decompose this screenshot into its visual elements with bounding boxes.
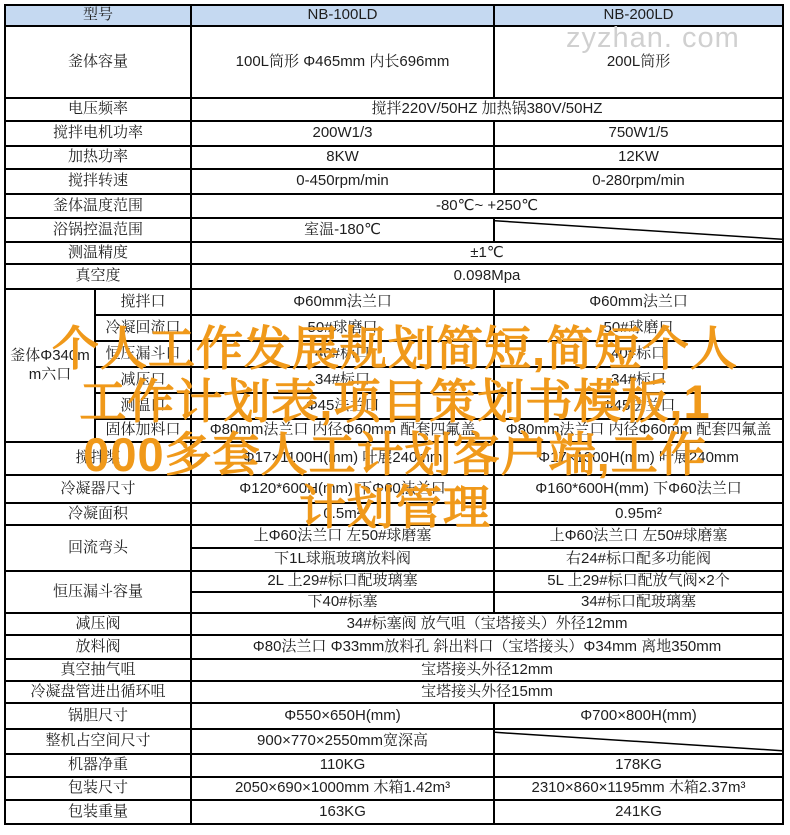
header-model-label: 型号 bbox=[5, 5, 191, 26]
cell-value: Φ45法兰口 bbox=[191, 393, 494, 419]
table-row: 恒压漏斗容量 2L 上29#标口配玻璃塞 5L 上29#标口配放气阀×2个 bbox=[5, 571, 783, 592]
cell-value: Φ80mm法兰口 内径Φ60mm 配套四氟盖 bbox=[191, 419, 494, 442]
cell-value: 室温-180℃ bbox=[191, 218, 494, 242]
ports-group-label: 釜体Φ340mm六口 bbox=[5, 289, 95, 442]
row-label: 浴锅控温范围 bbox=[5, 218, 191, 242]
row-label: 搅拌口 bbox=[95, 289, 191, 315]
cell-value: Φ17×1300H(mm) 叶展240mm bbox=[494, 442, 783, 475]
table-row: 冷凝器尺寸 Φ120*600H(mm) 下Φ60法兰口 Φ160*600H(mm… bbox=[5, 475, 783, 503]
table-row: 加热功率 8KW 12KW bbox=[5, 146, 783, 169]
cell-value: 2L 上29#标口配玻璃塞 bbox=[191, 571, 494, 592]
cell-value: 34#标口 bbox=[494, 367, 783, 393]
cell-value: 上Φ60法兰口 左50#球磨塞 bbox=[191, 525, 494, 548]
row-label: 釜体温度范围 bbox=[5, 194, 191, 218]
cell-value: 34#标口配玻璃塞 bbox=[494, 592, 783, 613]
cell-value: 110KG bbox=[191, 754, 494, 777]
row-label: 真空抽气咀 bbox=[5, 659, 191, 681]
cell-value: 750W1/5 bbox=[494, 121, 783, 146]
row-label: 固体加料口 bbox=[95, 419, 191, 442]
cell-value: 5L 上29#标口配放气阀×2个 bbox=[494, 571, 783, 592]
cell-value: 34#标塞阀 放气咀（宝塔接头）外径12mm bbox=[191, 613, 783, 635]
cell-value: Φ120*600H(mm) 下Φ60法兰口 bbox=[191, 475, 494, 503]
cell-value: 241KG bbox=[494, 800, 783, 824]
table-row: 减压阀 34#标塞阀 放气咀（宝塔接头）外径12mm bbox=[5, 613, 783, 635]
table-row: 搅拌电机功率 200W1/3 750W1/5 bbox=[5, 121, 783, 146]
row-label: 冷凝盘管进出循环咀 bbox=[5, 681, 191, 703]
cell-value: Φ17×1100H(mm) 叶展240mm bbox=[191, 442, 494, 475]
row-label: 放料阀 bbox=[5, 635, 191, 659]
cell-value: 0.098Mpa bbox=[191, 264, 783, 289]
cell-value: Φ80法兰口 Φ33mm放料孔 斜出料口（宝塔接头）Φ34mm 离地350mm bbox=[191, 635, 783, 659]
row-label: 搅拌转速 bbox=[5, 169, 191, 194]
cell-value: 34#标口 bbox=[191, 367, 494, 393]
row-label: 机器净重 bbox=[5, 754, 191, 777]
cell-value: Φ45法兰口 bbox=[494, 393, 783, 419]
row-label: 回流弯头 bbox=[5, 525, 191, 571]
cell-value: 50#球磨口 bbox=[494, 315, 783, 341]
cell-value: 900×770×2550mm宽深高 bbox=[191, 729, 494, 754]
cell-value: Φ60mm法兰口 bbox=[191, 289, 494, 315]
cell-value: Φ80mm法兰口 内径Φ60mm 配套四氟盖 bbox=[494, 419, 783, 442]
cell-value: 上Φ60法兰口 左50#球磨塞 bbox=[494, 525, 783, 548]
row-label: 减压口 bbox=[95, 367, 191, 393]
table-row: 真空抽气咀 宝塔接头外径12mm bbox=[5, 659, 783, 681]
table-row: 电压频率 搅拌220V/50HZ 加热锅380V/50HZ bbox=[5, 98, 783, 121]
row-label: 冷凝回流口 bbox=[95, 315, 191, 341]
cell-value: 2310×860×1195mm 木箱2.37m³ bbox=[494, 777, 783, 800]
cell-value: 50#球磨口 bbox=[191, 315, 494, 341]
cell-value: ±1℃ bbox=[191, 242, 783, 264]
table-row: 固体加料口 Φ80mm法兰口 内径Φ60mm 配套四氟盖 Φ80mm法兰口 内径… bbox=[5, 419, 783, 442]
table-row: 机器净重 110KG 178KG bbox=[5, 754, 783, 777]
row-label: 真空度 bbox=[5, 264, 191, 289]
table-row: 包装重量 163KG 241KG bbox=[5, 800, 783, 824]
cell-value: Φ550×650H(mm) bbox=[191, 703, 494, 729]
row-label: 减压阀 bbox=[5, 613, 191, 635]
table-row: 测温精度 ±1℃ bbox=[5, 242, 783, 264]
row-label: 釜体容量 bbox=[5, 26, 191, 98]
cell-value: 宝塔接头外径12mm bbox=[191, 659, 783, 681]
diagonal-line bbox=[495, 219, 782, 241]
cell-value: 0-280rpm/min bbox=[494, 169, 783, 194]
header-col-nb100ld: NB-100LD bbox=[191, 5, 494, 26]
row-label: 电压频率 bbox=[5, 98, 191, 121]
cell-value: 搅拌220V/50HZ 加热锅380V/50HZ bbox=[191, 98, 783, 121]
diagonal-line bbox=[495, 730, 782, 753]
row-label: 测温口 bbox=[95, 393, 191, 419]
cell-value: Φ160*600H(mm) 下Φ60法兰口 bbox=[494, 475, 783, 503]
table-row: 釜体温度范围 -80℃~ +250℃ bbox=[5, 194, 783, 218]
row-label: 测温精度 bbox=[5, 242, 191, 264]
row-label: 锅胆尺寸 bbox=[5, 703, 191, 729]
cell-value: 0.5m² bbox=[191, 503, 494, 525]
row-label: 冷凝面积 bbox=[5, 503, 191, 525]
cell-value: 12KW bbox=[494, 146, 783, 169]
cell-value: 178KG bbox=[494, 754, 783, 777]
table-row: 减压口 34#标口 34#标口 bbox=[5, 367, 783, 393]
table-row: 搅拌桨 Φ17×1100H(mm) 叶展240mm Φ17×1300H(mm) … bbox=[5, 442, 783, 475]
table-row: 冷凝回流口 50#球磨口 50#球磨口 bbox=[5, 315, 783, 341]
row-label: 恒压漏斗容量 bbox=[5, 571, 191, 613]
table-row: 真空度 0.098Mpa bbox=[5, 264, 783, 289]
table-row: 冷凝盘管进出循环咀 宝塔接头外径15mm bbox=[5, 681, 783, 703]
cell-value: 0-450rpm/min bbox=[191, 169, 494, 194]
site-watermark: zyzhan. com bbox=[566, 22, 740, 55]
cell-value: 右24#标口配多功能阀 bbox=[494, 548, 783, 571]
cell-value: 下40#标塞 bbox=[191, 592, 494, 613]
table-row: 冷凝面积 0.5m² 0.95m² bbox=[5, 503, 783, 525]
na-cell bbox=[494, 729, 783, 754]
cell-value: 0.95m² bbox=[494, 503, 783, 525]
cell-value: 200W1/3 bbox=[191, 121, 494, 146]
cell-value: 宝塔接头外径15mm bbox=[191, 681, 783, 703]
table-row: 锅胆尺寸 Φ550×650H(mm) Φ700×800H(mm) bbox=[5, 703, 783, 729]
cell-value: Φ700×800H(mm) bbox=[494, 703, 783, 729]
row-label: 整机占空间尺寸 bbox=[5, 729, 191, 754]
row-label: 搅拌电机功率 bbox=[5, 121, 191, 146]
cell-value: 100L筒形 Φ465mm 内长696mm bbox=[191, 26, 494, 98]
na-cell bbox=[494, 218, 783, 242]
table-row: 回流弯头 上Φ60法兰口 左50#球磨塞 上Φ60法兰口 左50#球磨塞 bbox=[5, 525, 783, 548]
cell-value: 2050×690×1000mm 木箱1.42m³ bbox=[191, 777, 494, 800]
row-label: 包装重量 bbox=[5, 800, 191, 824]
row-label: 冷凝器尺寸 bbox=[5, 475, 191, 503]
row-label: 包装尺寸 bbox=[5, 777, 191, 800]
cell-value: 163KG bbox=[191, 800, 494, 824]
row-label: 加热功率 bbox=[5, 146, 191, 169]
row-label: 恒压漏斗口 bbox=[95, 341, 191, 367]
table-row: 放料阀 Φ80法兰口 Φ33mm放料孔 斜出料口（宝塔接头）Φ34mm 离地35… bbox=[5, 635, 783, 659]
table-row: 整机占空间尺寸 900×770×2550mm宽深高 bbox=[5, 729, 783, 754]
table-row: 浴锅控温范围 室温-180℃ bbox=[5, 218, 783, 242]
table-row: 恒压漏斗口 40#标口 40#标口 bbox=[5, 341, 783, 367]
cell-value: 8KW bbox=[191, 146, 494, 169]
table-row: 釜体Φ340mm六口 搅拌口 Φ60mm法兰口 Φ60mm法兰口 bbox=[5, 289, 783, 315]
table-row: 搅拌转速 0-450rpm/min 0-280rpm/min bbox=[5, 169, 783, 194]
cell-value: Φ60mm法兰口 bbox=[494, 289, 783, 315]
cell-value: 下1L球瓶玻璃放料阀 bbox=[191, 548, 494, 571]
table-row: 包装尺寸 2050×690×1000mm 木箱1.42m³ 2310×860×1… bbox=[5, 777, 783, 800]
cell-value: -80℃~ +250℃ bbox=[191, 194, 783, 218]
spec-table: 型号 NB-100LD NB-200LD 釜体容量 100L筒形 Φ465mm … bbox=[4, 4, 784, 825]
row-label: 搅拌桨 bbox=[5, 442, 191, 475]
table-row: 测温口 Φ45法兰口 Φ45法兰口 bbox=[5, 393, 783, 419]
cell-value: 40#标口 bbox=[494, 341, 783, 367]
cell-value: 40#标口 bbox=[191, 341, 494, 367]
